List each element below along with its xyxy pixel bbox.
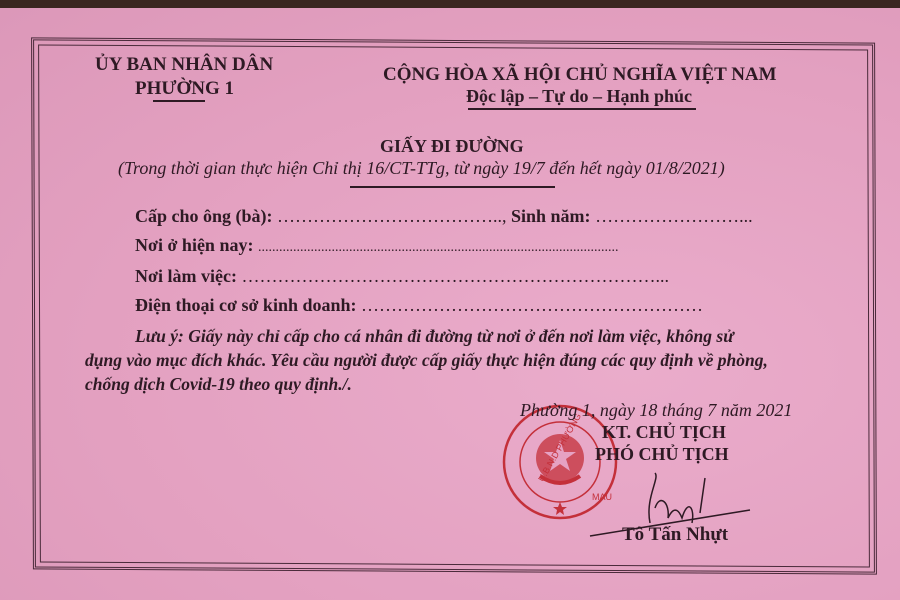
left-header-line2: PHƯỜNG 1 — [135, 78, 234, 100]
left-header-underline — [153, 100, 205, 102]
left-header-line1: ỦY BAN NHÂN DÂN — [95, 54, 273, 76]
signer-name: Tô Tấn Nhựt — [622, 524, 728, 546]
subtitle-underline — [350, 186, 555, 188]
right-header-underline — [468, 108, 696, 110]
business-phone-input[interactable]: ………………………………………………… — [361, 295, 703, 315]
right-header-line2: Độc lập – Tự do – Hạnh phúc — [466, 86, 692, 107]
birth-year-input[interactable]: ……………………... — [595, 206, 753, 226]
field-residence: Nơi ở hiện nay: ........................… — [135, 235, 618, 256]
signer-title-2: PHÓ CHỦ TỊCH — [595, 444, 729, 465]
document-title: GIẤY ĐI ĐƯỜNG — [380, 136, 524, 157]
travel-permit-paper: ỦY BAN NHÂN DÂN PHƯỜNG 1 CỘNG HÒA XÃ HỘI… — [0, 8, 900, 600]
note-line3: chống dịch Covid-19 theo quy định./. — [85, 374, 352, 395]
field-workplace: Nơi làm việc: ……………………………………………………………... — [135, 266, 669, 287]
workplace-input[interactable]: ……………………………………………………………... — [241, 266, 669, 286]
field-label: Nơi ở hiện nay: — [135, 235, 253, 255]
note-line1: Lưu ý: Giấy này chỉ cấp cho cá nhân đi đ… — [135, 326, 734, 347]
residence-input[interactable]: ........................................… — [258, 240, 619, 255]
birth-year-label: Sinh năm: — [511, 206, 591, 226]
place-and-date: Phường 1, ngày 18 tháng 7 năm 2021 — [520, 400, 792, 421]
field-business-phone: Điện thoại cơ sở kinh doanh: ……………………………… — [135, 295, 703, 316]
note-line2: dụng vào mục đích khác. Yêu cầu người đư… — [85, 350, 768, 371]
field-label: Nơi làm việc: — [135, 266, 237, 286]
issued-to-input[interactable]: ……………………………….., — [277, 206, 511, 226]
signer-title-1: KT. CHỦ TỊCH — [602, 422, 726, 443]
field-issued-to: Cấp cho ông (bà): ……………………………….., Sinh n… — [135, 206, 753, 227]
field-label: Cấp cho ông (bà): — [135, 206, 273, 226]
field-label: Điện thoại cơ sở kinh doanh: — [135, 295, 357, 315]
document-subtitle: (Trong thời gian thực hiện Chỉ thị 16/CT… — [118, 158, 725, 179]
right-header-line1: CỘNG HÒA XÃ HỘI CHỦ NGHĨA VIỆT NAM — [383, 64, 777, 86]
